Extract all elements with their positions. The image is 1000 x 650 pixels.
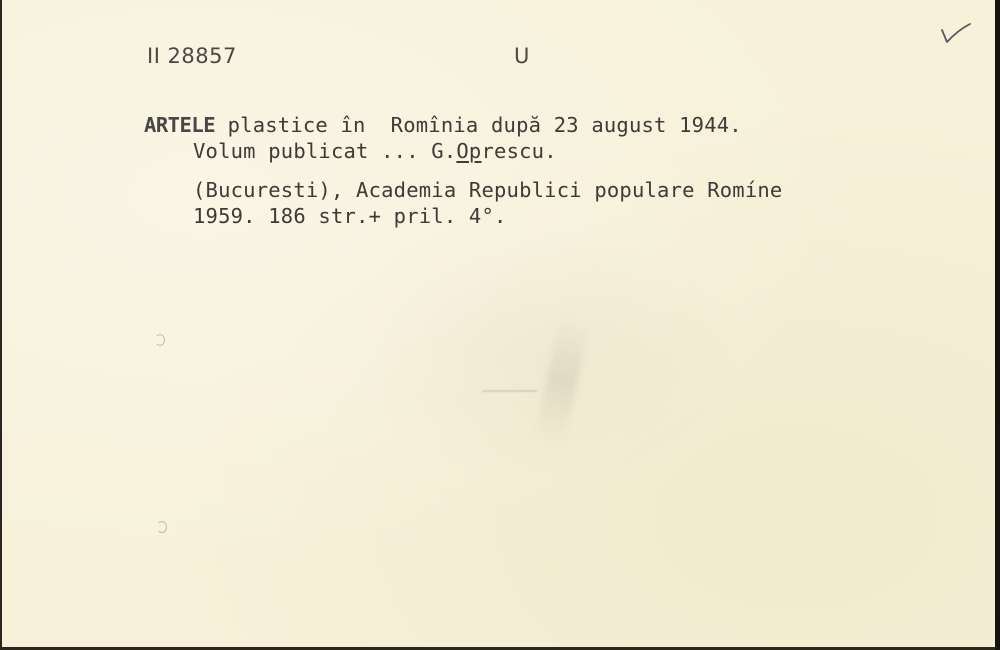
check-mark-icon — [940, 22, 972, 46]
title-text: plastice în Romînia după 23 august 1944. — [215, 113, 742, 137]
responsibility-prefix: Volum publicat ... G. — [193, 139, 456, 163]
scan-edge-left — [0, 0, 2, 650]
imprint-line: (Bucuresti), Academia Republici populare… — [193, 180, 782, 201]
responsibility-suffix: rescu. — [481, 139, 556, 163]
location-mark: U — [514, 46, 530, 67]
collation-line: 1959. 186 str.+ pril. 4°. — [193, 206, 507, 227]
call-number: II 28857 — [147, 46, 237, 67]
scan-edge-right — [995, 0, 1000, 650]
author-underlined: Op — [456, 139, 481, 163]
paper-smudge — [534, 313, 590, 446]
pencil-mark — [157, 521, 167, 533]
main-entry: ARTELE — [144, 113, 215, 137]
responsibility-line: Volum publicat ... G.Oprescu. — [193, 141, 557, 162]
pencil-mark — [155, 334, 165, 346]
title-line: ARTELE plastice în Romînia după 23 augus… — [144, 115, 742, 136]
paper-smudge — [482, 390, 537, 392]
catalog-card: II 28857 U ARTELE plastice în Romînia du… — [2, 0, 995, 647]
